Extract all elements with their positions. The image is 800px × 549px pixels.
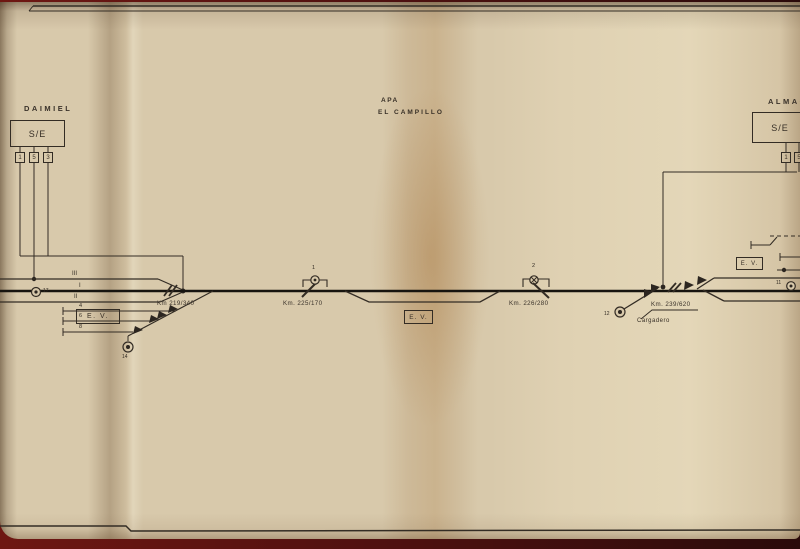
switch-1-lamp-center [314,279,317,282]
terminal-box: 5 [29,152,39,163]
loading-dock-label: Cargadero [637,318,670,324]
signal-17-icon-center [34,290,37,293]
switch-2-label: 2 [532,264,535,270]
passing-loop-track [345,291,500,302]
station-name-almagro: ALMAGRO [768,98,800,106]
halt-type-label: APA [381,98,399,105]
km-marker-219-340: Km 219/340 [157,301,194,307]
signal-12-icon-center [618,310,622,314]
terminal-label: 5 [32,155,35,161]
substation-box-daimiel: S/E [10,120,65,147]
track-iii-turnout [158,279,184,291]
switch-1-label: 1 [312,266,315,272]
connection-dot [782,268,786,272]
substation-label: S/E [771,123,789,133]
track-label-ii: II [74,294,77,300]
ev-box-almagro: E. V. [736,257,763,270]
substation-label: S/E [29,129,47,139]
ev-label: E. V. [87,313,109,320]
ev-box-daimiel: E. V. [76,309,120,324]
terminal-box: 5 [794,152,800,163]
track-label-i: I [79,283,81,289]
schematic-linework [0,0,800,549]
frame-bottom-line [0,526,800,531]
signal-12-label: 12 [604,312,610,317]
terminal-label: 1 [784,155,787,161]
substation-box-almagro: S/E [752,112,800,143]
signal-11-icon-center [790,285,793,288]
signal-11-label: 11 [776,281,781,286]
terminal-box: 1 [781,152,791,163]
connection-dot [661,285,666,290]
switch-point-arrow-icon [133,326,143,334]
signal-17-label: 17 [43,289,49,294]
km-marker-226-280: Km. 226/280 [509,301,549,307]
terminal-box: 3 [43,152,53,163]
siding-label-8: 8 [79,325,82,331]
terminal-label: 1 [18,155,21,161]
spur-connector [770,237,777,245]
frame-top-corner [29,6,33,11]
km-marker-239-620: Km. 239/620 [651,302,691,308]
switch-point-arrow-icon [684,281,694,290]
ev-label: E. V. [409,314,428,321]
ev-box-campillo: E. V. [404,310,433,324]
terminal-box: 1 [15,152,25,163]
track-label-iii: III [72,271,77,277]
signal-14-label: 14 [122,355,128,360]
scanned-sheet: DAIMIEL S/E 1 5 3 APA EL CAMPILLO ALMAGR… [0,0,800,549]
halt-name-label: EL CAMPILLO [378,110,444,117]
signal-14-icon-center [126,345,130,349]
terminal-label: 3 [46,155,49,161]
ev-label: E. V. [741,261,758,267]
station-name-daimiel: DAIMIEL [24,105,72,113]
km-marker-225-170: Km. 225/170 [283,301,323,307]
